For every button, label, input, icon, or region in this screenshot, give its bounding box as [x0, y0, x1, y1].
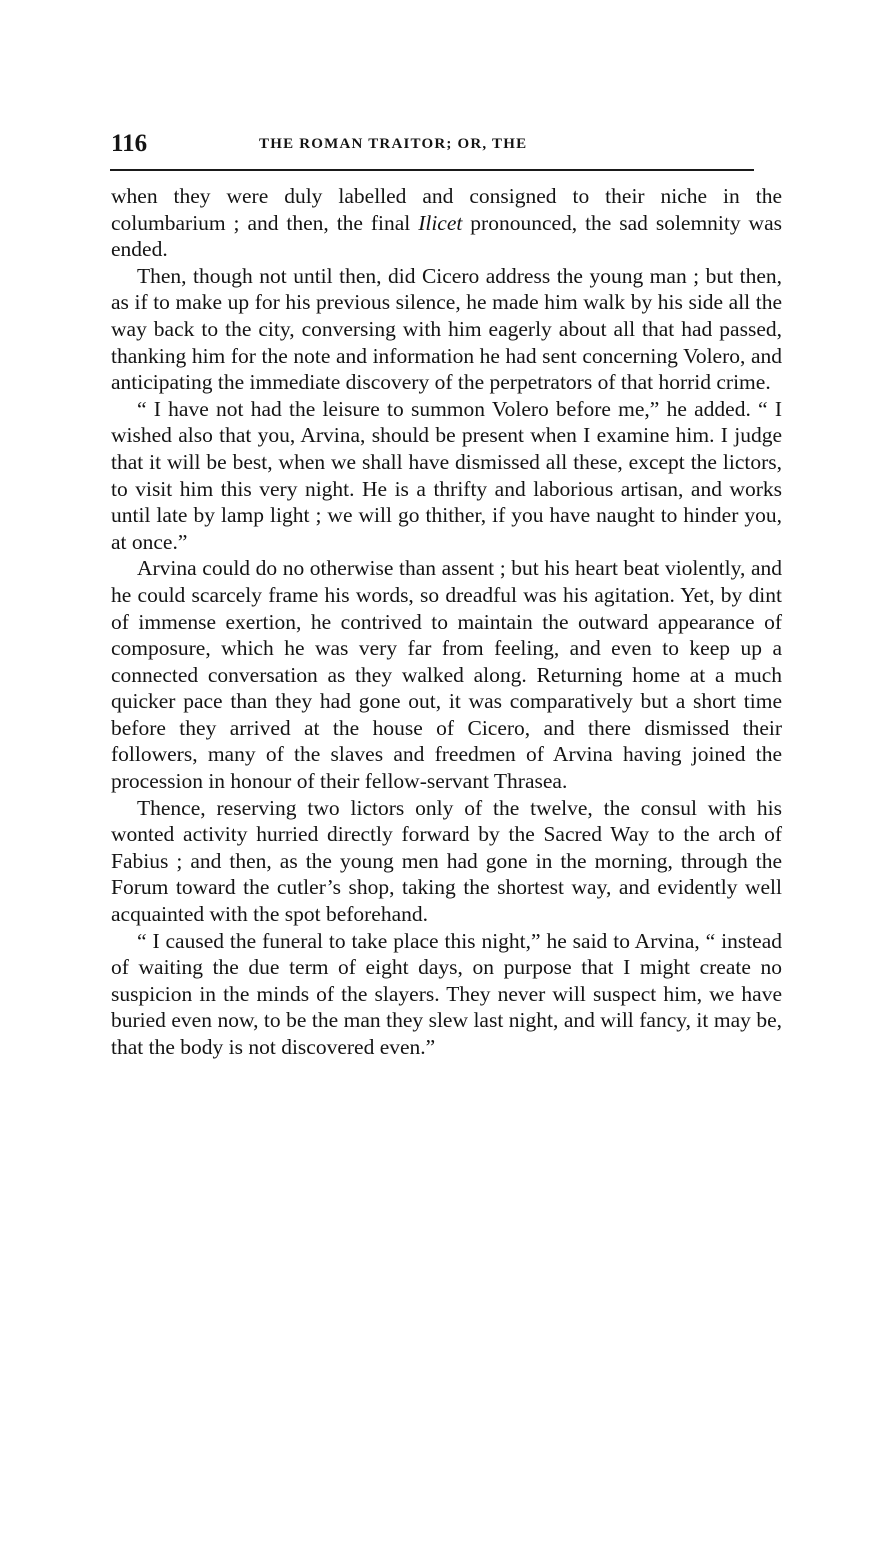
italic-term: Ilicet — [418, 211, 462, 235]
paragraph-6: “ I caused the funeral to take place thi… — [111, 928, 782, 1061]
running-title: THE ROMAN TRAITOR; OR, THE — [259, 136, 527, 153]
running-head: 116 THE ROMAN TRAITOR; OR, THE — [111, 128, 782, 162]
paragraph-4: Arvina could do no otherwise than assent… — [111, 555, 782, 794]
paragraph-1: when they were duly labelled and consign… — [111, 183, 782, 263]
body-text: when they were duly labelled and consign… — [111, 183, 782, 1061]
book-page: 116 THE ROMAN TRAITOR; OR, THE when they… — [111, 128, 782, 1061]
page-number: 116 — [111, 130, 147, 158]
paragraph-3: “ I have not had the leisure to summon V… — [111, 396, 782, 556]
paragraph-5: Thence, reserving two lictors only of th… — [111, 795, 782, 928]
paragraph-2: Then, though not until then, did Cicero … — [111, 263, 782, 396]
header-rule — [110, 169, 754, 171]
